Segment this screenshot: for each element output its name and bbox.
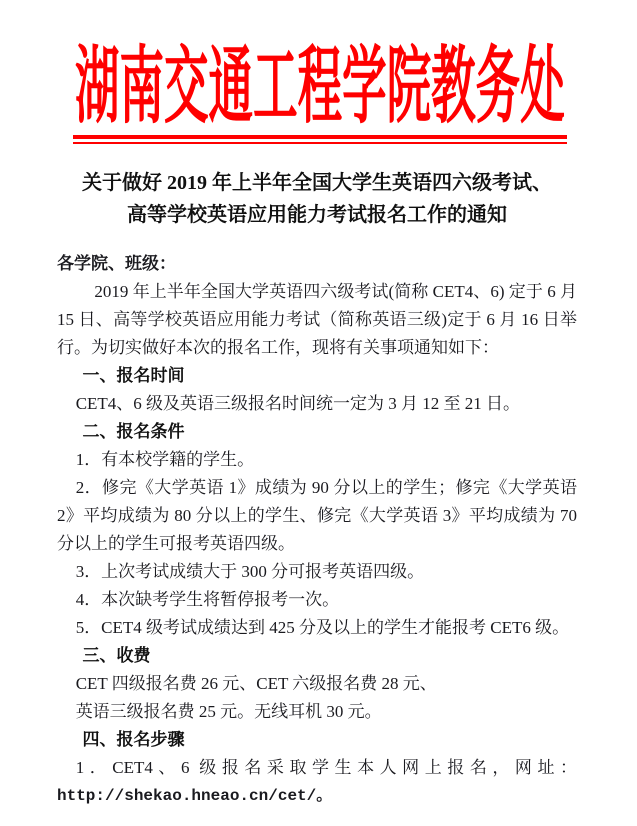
section-3-fee-line-2: 英语三级报名费 25 元。无线耳机 30 元。 <box>57 698 577 726</box>
section-2-item-1: 1．有本校学籍的学生。 <box>57 446 577 474</box>
notice-title-line-2: 高等学校英语应用能力考试报名工作的通知 <box>57 199 577 231</box>
letterhead-title: 湖南交通工程学院教务处 <box>75 44 565 128</box>
section-2-item-2: 2．修完《大学英语 1》成绩为 90 分以上的学生；修完《大学英语 2》平均成绩… <box>57 474 577 558</box>
section-4-step-1: 1．CET4、6 级报名采取学生本人网上报名，网址： <box>57 754 577 782</box>
section-3-fee-line-1: CET 四级报名费 26 元、CET 六级报名费 28 元、 <box>57 670 577 698</box>
section-3-heading: 三、收费 <box>57 642 577 670</box>
notice-body: 各学院、班级： 2019 年上半年全国大学英语四六级考试(简称 CET4、6) … <box>57 250 577 810</box>
section-2-item-4: 4．本次缺考学生将暂停报考一次。 <box>57 586 577 614</box>
section-2-heading: 二、报名条件 <box>57 418 577 446</box>
salutation: 各学院、班级： <box>57 250 577 278</box>
section-2-item-5: 5．CET4 级考试成绩达到 425 分及以上的学生才能报考 CET6 级。 <box>57 614 577 642</box>
intro-paragraph: 2019 年上半年全国大学英语四六级考试(简称 CET4、6) 定于 6 月 1… <box>57 278 577 362</box>
section-1-heading: 一、报名时间 <box>57 362 577 390</box>
document-page: 湖南交通工程学院教务处 关于做好 2019 年上半年全国大学生英语四六级考试、 … <box>0 0 637 826</box>
notice-title-line-1: 关于做好 2019 年上半年全国大学生英语四六级考试、 <box>57 167 577 199</box>
section-2-item-3: 3．上次考试成绩大于 300 分可报考英语四级。 <box>57 558 577 586</box>
section-1-paragraph-1: CET4、6 级及英语三级报名时间统一定为 3 月 12 至 21 日。 <box>57 390 577 418</box>
letterhead-double-rule <box>73 135 567 144</box>
letterhead-banner: 湖南交通工程学院教务处 <box>57 44 577 128</box>
registration-url: http://shekao.hneao.cn/cet/。 <box>57 782 577 810</box>
section-4-heading: 四、报名步骤 <box>57 726 577 754</box>
notice-title: 关于做好 2019 年上半年全国大学生英语四六级考试、 高等学校英语应用能力考试… <box>57 167 577 231</box>
